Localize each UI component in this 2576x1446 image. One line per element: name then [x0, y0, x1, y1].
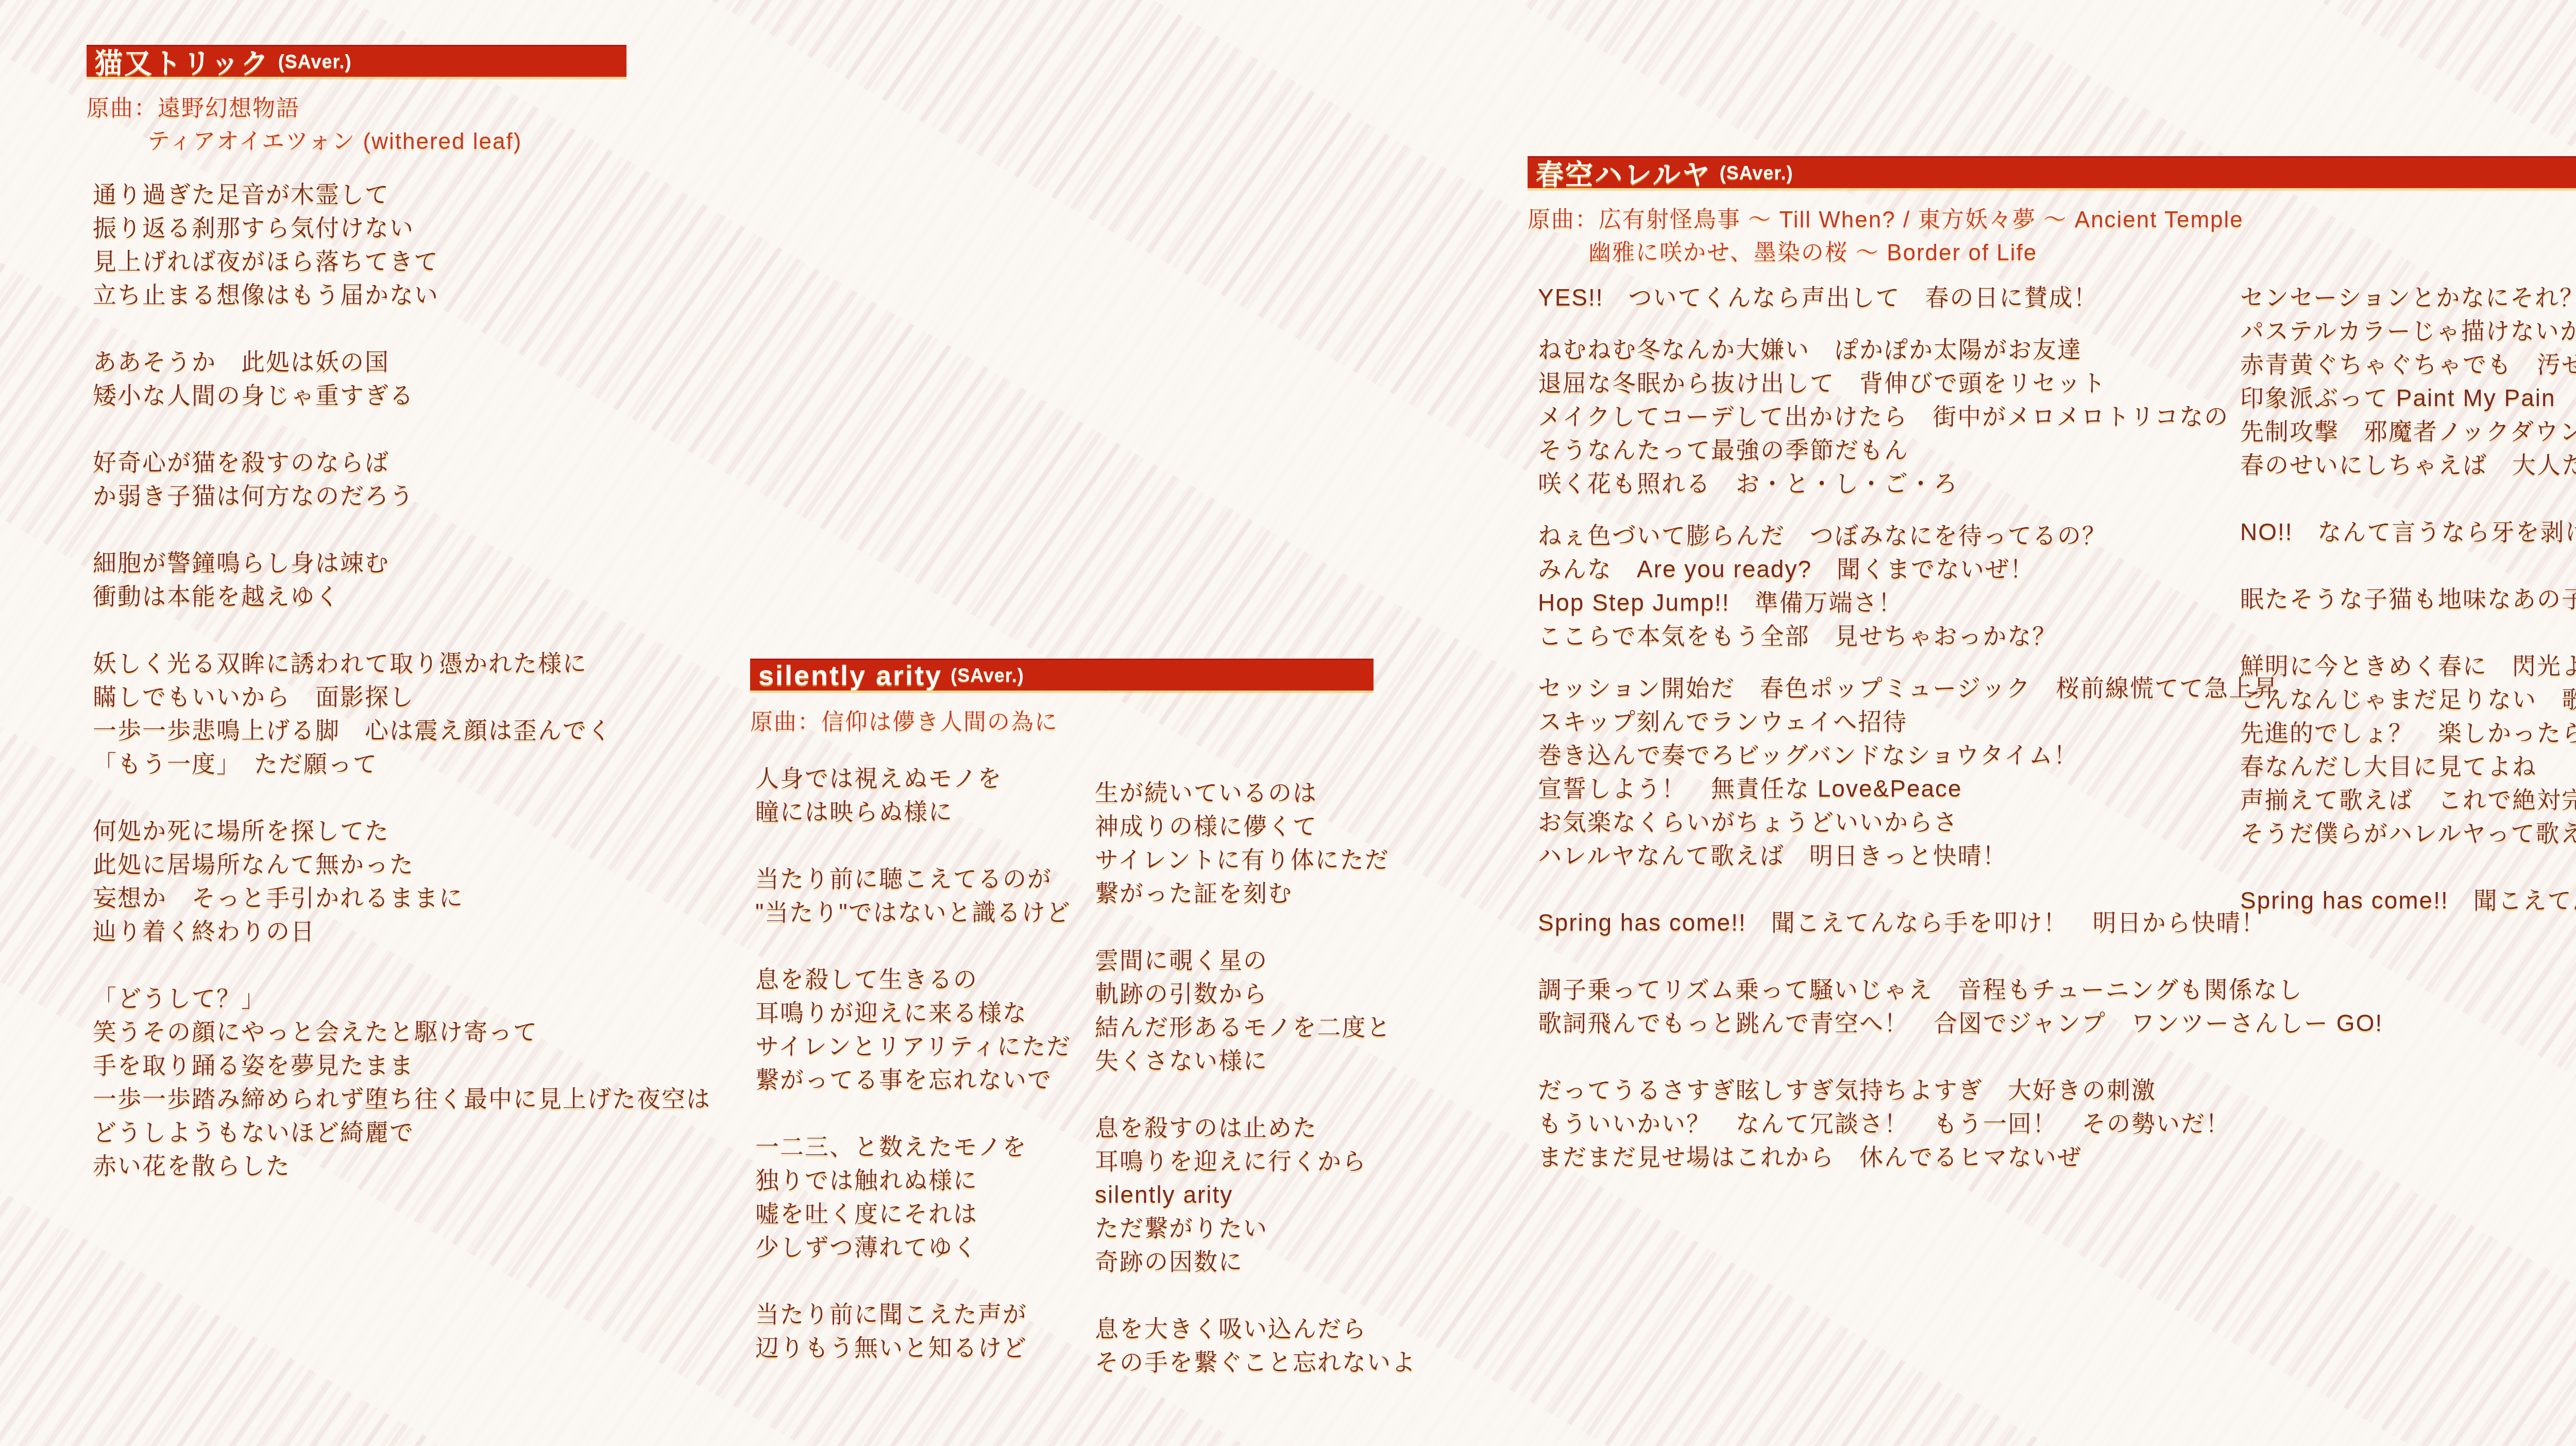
lyric-line: 眠たそうな子猫も地味なあの子も 青い春に飛び込めばサクラサクよ — [2240, 582, 2576, 616]
lyric-line: 見上げれば夜がほら落ちてきて — [93, 245, 711, 278]
lyric-line: パステルカラーじゃ描けないからさ — [2240, 314, 2576, 348]
lyric-line: 笑うその顔にやっと会えたと駆け寄って — [93, 1015, 711, 1049]
lyric-stanza: 眠たそうな子猫も地味なあの子も 青い春に飛び込めばサクラサクよ — [2240, 582, 2576, 616]
song-title: silently arity — [758, 660, 942, 692]
lyric-line: 耳鳴りを迎えに行くから — [1095, 1145, 1416, 1178]
lyric-line: 結んだ形あるモノを二度と — [1095, 1011, 1416, 1044]
lyrics-column: センセーションとかなにそれ？ ノーサンキュー！パステルカラーじゃ描けないからさ赤… — [2240, 281, 2576, 951]
song-title-banner: 猫又トリック (SAver.) — [87, 45, 626, 77]
lyric-line: 手を取り踊る姿を夢見たまま — [93, 1049, 711, 1082]
lyric-line: もういいかい？ なんて冗談さ！ もう一回！ その勢いだ！ — [1538, 1107, 2383, 1140]
lyric-line: 耳鳴りが迎えに来る様な — [755, 996, 1071, 1030]
lyric-line: 人身では視えぬモノを — [755, 762, 1071, 795]
lyric-line: 好奇心が猫を殺すのならば — [93, 446, 711, 479]
lyric-stanza: 通り過ぎた足音が木霊して振り返る刹那すら気付けない見上げれば夜がほら落ちてきて立… — [93, 178, 711, 312]
song-version: (SAver.) — [951, 665, 1024, 686]
lyric-line: 繋がってる事を忘れないで — [755, 1063, 1071, 1097]
lyric-line: 瞞しでもいいから 面影探し — [93, 680, 711, 714]
lyric-line: 先制攻撃 邪魔者ノックダウン 白黒つけたい気分だから — [2240, 415, 2576, 448]
lyric-line: 辿り着く終わりの日 — [93, 915, 711, 948]
lyric-line: 赤青黄ぐちゃぐちゃでも 汚せ！染めろ！ — [2240, 348, 2576, 381]
lyric-line: "当たり"ではないと識るけど — [755, 896, 1071, 929]
lyric-line: 立ち止まる想像はもう届かない — [93, 278, 711, 312]
lyric-line: silently arity — [1095, 1178, 1416, 1212]
lyric-line: まだまだ見せ場はこれから 休んでるヒマないぜ — [1538, 1140, 2383, 1174]
origin-lines: 原曲：広有射怪鳥事 ～ Till When? / 東方妖々夢 ～ Ancient… — [1528, 204, 2576, 270]
lyric-line: どうしようもないほど綺麗で — [93, 1116, 711, 1149]
lyric-stanza: 鮮明に今ときめく春に 閃光より輝きたい僕らこんなんじゃまだ足りない 歌え！歌え！… — [2240, 649, 2576, 850]
lyric-line: 調子乗ってリズム乗って騒いじゃえ 音程もチューニングも関係なし — [1538, 973, 2383, 1006]
lyric-stanza: 当たり前に聞こえた声が辺りもう無いと知るけど — [755, 1298, 1071, 1365]
song-title-banner: 春空ハレルヤ (SAver.) — [1528, 156, 2576, 188]
lyric-stanza: 当たり前に聴こえてるのが"当たり"ではないと識るけど — [755, 862, 1071, 929]
lyric-stanza: 妖しく光る双眸に誘われて取り憑かれた様に瞞しでもいいから 面影探し一歩一歩悲鳴上… — [93, 647, 711, 781]
lyric-line: 声揃えて歌えば これで絶対完成！ みんな せーのっ歓声！ — [2240, 783, 2576, 817]
lyric-line: 嘘を吐く度にそれは — [755, 1197, 1071, 1231]
song-version: (SAver.) — [1720, 162, 1793, 184]
lyric-line: 生が続いているのは — [1095, 776, 1416, 810]
lyric-stanza: 好奇心が猫を殺すのならばか弱き子猫は何方なのだろう — [93, 446, 711, 513]
lyric-line: 春のせいにしちゃえば 大人たちも反省！ — [2240, 448, 2576, 482]
song-version: (SAver.) — [278, 51, 352, 73]
lyric-line: サイレントに有り体にただ — [1095, 843, 1416, 877]
origin-line: 原曲：遠野幻想物語 — [87, 92, 1272, 125]
lyric-stanza: NO!! なんて言うなら牙を剥け ハレの日に断然！ — [2240, 515, 2576, 549]
lyric-line: 歌詞飛んでもっと跳んで青空へ！ 合図でジャンプ ワンツーさんしー GO! — [1538, 1006, 2383, 1040]
song-title-banner: silently arity (SAver.) — [750, 659, 1374, 691]
lyric-line: Spring has come!! 聞こえてんなら手を叩け！ 本日も快晴！ — [2240, 884, 2576, 917]
origin-line: 原曲：広有射怪鳥事 ～ Till When? / 東方妖々夢 ～ Ancient… — [1528, 204, 2576, 237]
origin-line: ティアオイエツォン (withered leaf) — [87, 125, 1272, 158]
lyric-line: 春なんだし大目に見てよね — [2240, 750, 2576, 783]
lyric-line: 息を大きく吸い込んだら — [1095, 1312, 1416, 1346]
lyric-line: センセーションとかなにそれ？ ノーサンキュー！ — [2240, 281, 2576, 314]
lyric-stanza: 調子乗ってリズム乗って騒いじゃえ 音程もチューニングも関係なし歌詞飛んでもっと跳… — [1538, 973, 2383, 1040]
lyric-line: 矮小な人間の身じゃ重すぎる — [93, 379, 711, 412]
lyric-line: 一歩一歩悲鳴上げる脚 心は震え顔は歪んでく — [93, 714, 711, 747]
lyric-line: か弱き子猫は何方なのだろう — [93, 479, 711, 513]
lyric-line: 通り過ぎた足音が木霊して — [93, 178, 711, 211]
lyric-line: 妄想か そっと手引かれるままに — [93, 881, 711, 915]
lyric-line: ただ繋がりたい — [1095, 1212, 1416, 1245]
lyric-line: ああそうか 此処は妖の国 — [93, 345, 711, 379]
lyric-line: 一歩一歩踏み締められず堕ち往く最中に見上げた夜空は — [93, 1082, 711, 1116]
lyric-line: 独りでは触れぬ様に — [755, 1164, 1071, 1197]
lyric-stanza: 何処か死に場所を探してた此処に居場所なんて無かった妄想か そっと手引かれるままに… — [93, 814, 711, 948]
lyric-line: 軌跡の引数から — [1095, 977, 1416, 1011]
lyric-stanza: 息を殺すのは止めた耳鳴りを迎えに行くからsilently arityただ繋がりた… — [1095, 1111, 1416, 1279]
lyric-line: 少しずつ薄れてゆく — [755, 1231, 1071, 1264]
lyric-stanza: 細胞が警鐘鳴らし身は竦む衝動は本能を越えゆく — [93, 546, 711, 613]
lyric-line: NO!! なんて言うなら牙を剥け ハレの日に断然！ — [2240, 515, 2576, 549]
lyric-line: 失くさない様に — [1095, 1044, 1416, 1078]
lyric-line: サイレンとリアリティにただ — [755, 1030, 1071, 1063]
lyric-line: 先進的でしょ？ 楽しかったらオールオッケー — [2240, 716, 2576, 750]
origin-lines: 原曲：遠野幻想物語ティアオイエツォン (withered leaf) — [87, 92, 1272, 158]
lyric-line: こんなんじゃまだ足りない 歌え！歌え！ 声もっと出してこうぜ！ — [2240, 683, 2576, 716]
lyrics-column: 生が続いているのは神成りの様に儚くてサイレントに有り体にただ繋がった証を刻む雲間… — [1095, 776, 1416, 1413]
lyric-line: 雲間に覗く星の — [1095, 944, 1416, 977]
lyric-line: 鮮明に今ときめく春に 閃光より輝きたい僕ら — [2240, 649, 2576, 683]
lyric-line: その手を繋ぐこと忘れないよ — [1095, 1346, 1416, 1379]
lyric-line: だってうるさすぎ眩しすぎ気持ちよすぎ 大好きの刺激 — [1538, 1073, 2383, 1107]
song-title: 春空ハレルヤ — [1536, 153, 1711, 193]
lyric-stanza: 息を大きく吸い込んだらその手を繋ぐこと忘れないよ — [1095, 1312, 1416, 1379]
lyric-line: 何処か死に場所を探してた — [93, 814, 711, 848]
lyric-stanza: 息を殺して生きるの耳鳴りが迎えに来る様なサイレンとリアリティにただ繋がってる事を… — [755, 963, 1071, 1097]
lyric-line: 赤い花を散らした — [93, 1149, 711, 1183]
origin-line: 幽雅に咲かせ、墨染の桜 ～ Border of Life — [1528, 237, 2576, 270]
lyric-line: 瞳には映らぬ様に — [755, 795, 1071, 829]
lyric-line: 「もう一度」 ただ願って — [93, 747, 711, 781]
lyric-line: 神成りの様に儚くて — [1095, 810, 1416, 843]
lyrics-column: 人身では視えぬモノを瞳には映らぬ様に当たり前に聴こえてるのが"当たり"ではないと… — [755, 762, 1071, 1398]
lyrics-column: 通り過ぎた足音が木霊して振り返る刹那すら気付けない見上げれば夜がほら落ちてきて立… — [93, 178, 711, 1216]
song-title: 猫又トリック — [95, 42, 270, 81]
lyric-line: 一二三、と数えたモノを — [755, 1130, 1071, 1164]
lyric-line: 当たり前に聴こえてるのが — [755, 862, 1071, 896]
lyric-line: 「どうして？」 — [93, 982, 711, 1015]
lyric-line: 印象派ぶって Paint My Pain — [2240, 381, 2576, 415]
lyric-stanza: 生が続いているのは神成りの様に儚くてサイレントに有り体にただ繋がった証を刻む — [1095, 776, 1416, 910]
lyric-line: 当たり前に聞こえた声が — [755, 1298, 1071, 1331]
lyric-line: 息を殺して生きるの — [755, 963, 1071, 996]
lyric-stanza: 雲間に覗く星の軌跡の引数から結んだ形あるモノを二度と失くさない様に — [1095, 944, 1416, 1078]
lyric-line: 奇跡の因数に — [1095, 1245, 1416, 1279]
lyric-stanza: ああそうか 此処は妖の国矮小な人間の身じゃ重すぎる — [93, 345, 711, 412]
lyric-stanza: だってうるさすぎ眩しすぎ気持ちよすぎ 大好きの刺激もういいかい？ なんて冗談さ！… — [1538, 1073, 2383, 1174]
lyric-stanza: 「どうして？」笑うその顔にやっと会えたと駆け寄って手を取り踊る姿を夢見たまま一歩… — [93, 982, 711, 1183]
lyric-stanza: センセーションとかなにそれ？ ノーサンキュー！パステルカラーじゃ描けないからさ赤… — [2240, 281, 2576, 482]
lyric-line: 振り返る刹那すら気付けない — [93, 211, 711, 245]
lyric-line: そうだ僕らがハレルヤって歌えば 世界中が快晴！ — [2240, 817, 2576, 850]
lyric-stanza: Spring has come!! 聞こえてんなら手を叩け！ 本日も快晴！ — [2240, 884, 2576, 917]
lyric-stanza: 人身では視えぬモノを瞳には映らぬ様に — [755, 762, 1071, 829]
lyric-line: 妖しく光る双眸に誘われて取り憑かれた様に — [93, 647, 711, 680]
lyric-line: 衝動は本能を越えゆく — [93, 580, 711, 613]
lyric-stanza: 一二三、と数えたモノを独りでは触れぬ様に嘘を吐く度にそれは少しずつ薄れてゆく — [755, 1130, 1071, 1264]
lyric-line: 辺りもう無いと知るけど — [755, 1331, 1071, 1365]
song-section-harusora-hallelujah: 春空ハレルヤ (SAver.) 原曲：広有射怪鳥事 ～ Till When? /… — [1528, 156, 2576, 270]
lyric-line: 息を殺すのは止めた — [1095, 1111, 1416, 1145]
lyric-line: 繋がった証を刻む — [1095, 877, 1416, 910]
lyric-line: 細胞が警鐘鳴らし身は竦む — [93, 546, 711, 580]
song-section-nekomata-trick: 猫又トリック (SAver.) 原曲：遠野幻想物語ティアオイエツォン (with… — [87, 45, 1272, 158]
lyric-line: 此処に居場所なんて無かった — [93, 848, 711, 881]
